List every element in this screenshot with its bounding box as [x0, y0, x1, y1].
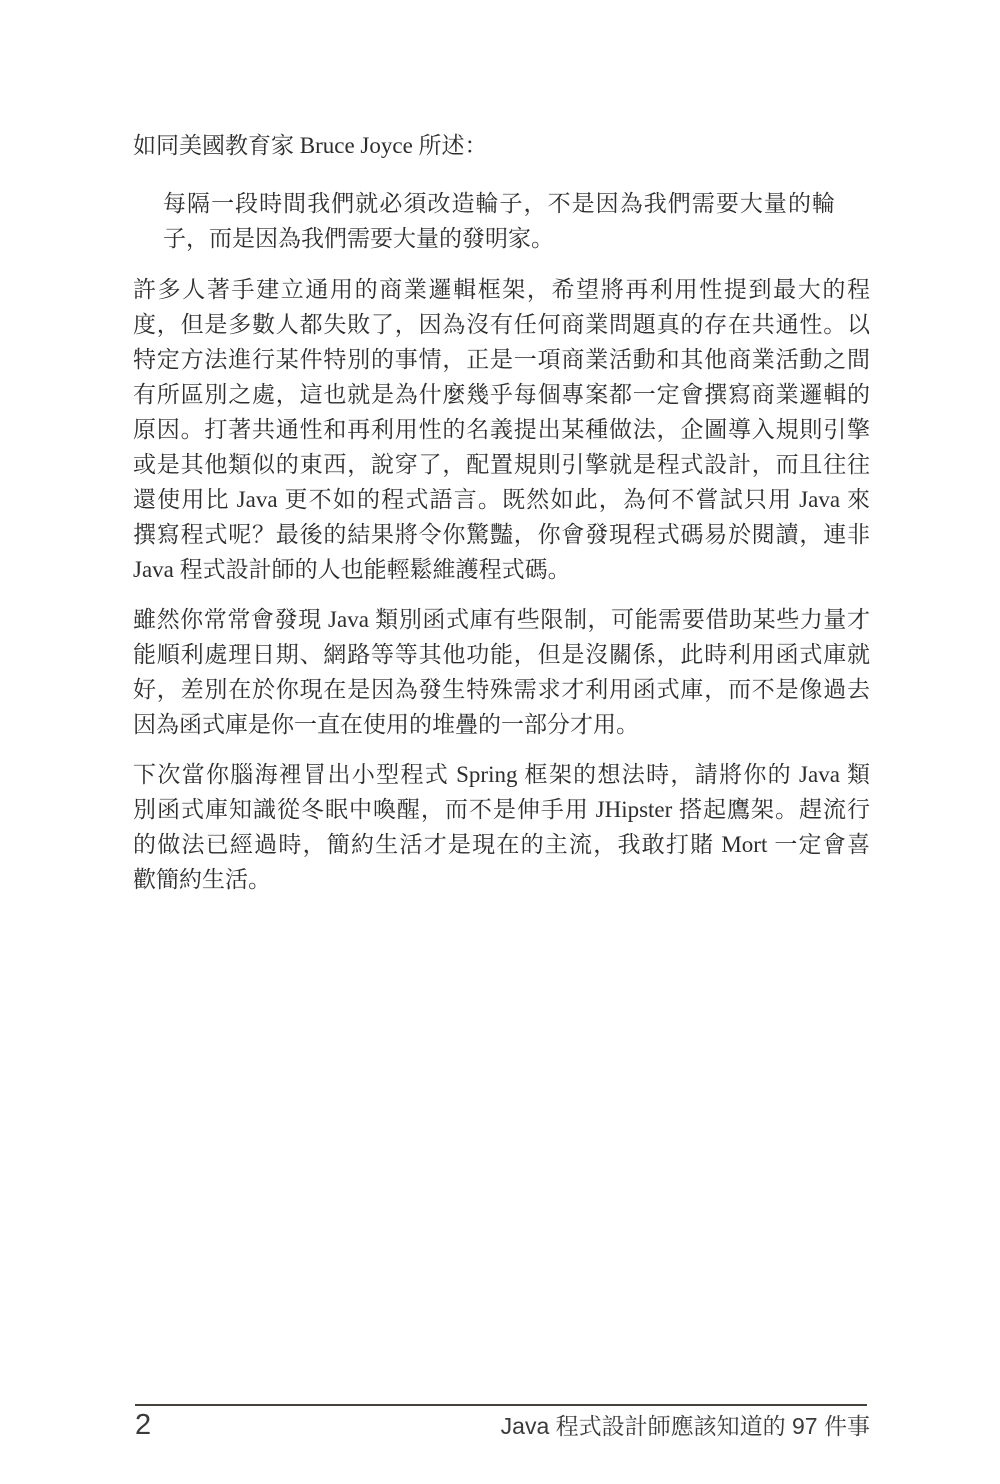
page-number: 2 — [135, 1408, 151, 1442]
book-title: Java 程式設計師應該知道的 97 件事 — [501, 1409, 870, 1443]
body-line: 下次當你腦海裡冒出小型程式 Spring 框架的想法時，請將你的 Java 類 — [133, 757, 870, 792]
paragraph-2: 雖然你常常會發現 Java 類別函式庫有些限制，可能需要借助某些力量才 能順利處… — [133, 602, 870, 742]
quote-block: 每隔一段時間我們就必須改造輪子，不是因為我們需要大量的輪 子，而是因為我們需要大… — [163, 186, 835, 256]
body-line: Java 程式設計師的人也能輕鬆維護程式碼。 — [133, 552, 870, 587]
page-content: 如同美國教育家 Bruce Joyce 所述： 每隔一段時間我們就必須改造輪子，… — [133, 128, 870, 897]
body-line: 能順利處理日期、網路等等其他功能，但是沒關係，此時利用函式庫就 — [133, 637, 870, 672]
body-line: 好，差別在於你現在是因為發生特殊需求才利用函式庫，而不是像過去 — [133, 672, 870, 707]
paragraph-1: 許多人著手建立通用的商業邏輯框架，希望將再利用性提到最大的程 度，但是多數人都失… — [133, 272, 870, 587]
body-line: 原因。打著共通性和再利用性的名義提出某種做法，企圖導入規則引擎 — [133, 412, 870, 447]
page-footer: 2 Java 程式設計師應該知道的 97 件事 — [135, 1408, 870, 1443]
body-line: 因為函式庫是你一直在使用的堆疊的一部分才用。 — [133, 707, 870, 742]
quote-line: 子，而是因為我們需要大量的發明家。 — [163, 221, 835, 256]
paragraph-3: 下次當你腦海裡冒出小型程式 Spring 框架的想法時，請將你的 Java 類 … — [133, 757, 870, 897]
quote-line: 每隔一段時間我們就必須改造輪子，不是因為我們需要大量的輪 — [163, 186, 835, 221]
body-line: 的做法已經過時，簡約生活才是現在的主流，我敢打賭 Mort 一定會喜 — [133, 827, 870, 862]
body-line: 特定方法進行某件特別的事情，正是一項商業活動和其他商業活動之間 — [133, 342, 870, 377]
body-line: 歡簡約生活。 — [133, 862, 870, 897]
intro-line: 如同美國教育家 Bruce Joyce 所述： — [133, 128, 870, 163]
book-page: 如同美國教育家 Bruce Joyce 所述： 每隔一段時間我們就必須改造輪子，… — [0, 0, 1000, 1484]
body-line: 許多人著手建立通用的商業邏輯框架，希望將再利用性提到最大的程 — [133, 272, 870, 307]
body-line: 還使用比 Java 更不如的程式語言。既然如此，為何不嘗試只用 Java 來 — [133, 482, 870, 517]
body-line: 別函式庫知識從冬眠中喚醒，而不是伸手用 JHipster 搭起鷹架。趕流行 — [133, 792, 870, 827]
body-line: 雖然你常常會發現 Java 類別函式庫有些限制，可能需要借助某些力量才 — [133, 602, 870, 637]
body-line: 度，但是多數人都失敗了，因為沒有任何商業問題真的存在共通性。以 — [133, 307, 870, 342]
body-line: 有所區別之處，這也就是為什麼幾乎每個專案都一定會撰寫商業邏輯的 — [133, 377, 870, 412]
footer-rule — [135, 1404, 867, 1406]
body-line: 或是其他類似的東西，說穿了，配置規則引擎就是程式設計，而且往往 — [133, 447, 870, 482]
intro-paragraph: 如同美國教育家 Bruce Joyce 所述： — [133, 128, 870, 163]
body-line: 撰寫程式呢？最後的結果將令你驚豔，你會發現程式碼易於閱讀，連非 — [133, 517, 870, 552]
